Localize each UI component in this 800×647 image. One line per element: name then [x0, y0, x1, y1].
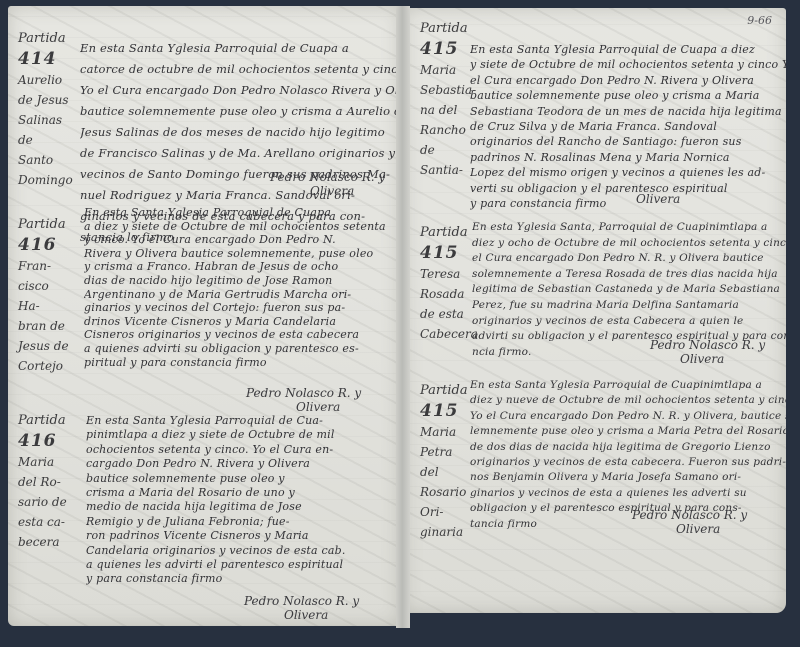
baptized-name-line: bran de — [18, 316, 70, 336]
baptized-name-line: Cortejo — [18, 356, 70, 376]
entry-line: piritual y para constancia firmo — [84, 356, 386, 370]
baptized-name-line: de Jesus — [18, 90, 70, 110]
baptized-name-line: Aurelio — [18, 70, 70, 90]
partida-label: Partida — [18, 28, 70, 49]
signature-line: Olivera — [636, 192, 680, 206]
baptized-name-line: de Santia- — [420, 140, 472, 180]
signature-line: Pedro Nolasco R. y — [650, 338, 765, 352]
partida-number: 415 — [420, 39, 472, 60]
partida-label: Partida — [420, 18, 472, 39]
entry-line: En esta Santa Yglesia Parroquial de Cuap… — [84, 206, 386, 220]
entry-line: de Francisco Salinas y de Ma. Arellano o… — [80, 143, 400, 164]
baptized-name-line: na del — [420, 100, 472, 120]
signature-line: Olivera — [650, 352, 765, 366]
entry-line: Jesus Salinas de dos meses de nacido hij… — [80, 122, 400, 143]
entry-line: bautice solemnemente puse oleo y crisma … — [80, 101, 400, 122]
baptized-name-line: Jesus de — [18, 336, 70, 356]
margin-note-entry-4: Partida 415 Maria Sebastia- na del Ranch… — [420, 18, 472, 180]
entry-line: diez y ocho de Octubre de mil ochociento… — [472, 236, 786, 252]
baptized-name-line: Rosario — [420, 482, 472, 502]
entry-line: crisma a Maria del Rosario de uno y — [86, 486, 346, 500]
baptized-name-line: Rancho — [420, 120, 472, 140]
signature-line: Olivera — [244, 608, 359, 622]
entry-line: Sebastiana Teodora de un mes de nacida h… — [470, 104, 786, 119]
baptized-name-line: Maria — [420, 422, 472, 442]
entry-line: drinos Vicente Cisneros y Maria Candelar… — [84, 315, 386, 329]
partida-label: Partida — [18, 410, 70, 431]
entry-line: Cisneros originarios y vecinos de esta c… — [84, 328, 386, 342]
entry-text-2: En esta Santa Yglesia Parroquial de Cuap… — [84, 206, 386, 369]
entry-line: solemnemente a Teresa Rosada de tres dia… — [472, 267, 786, 283]
entry-line: nos Benjamin Olivera y Maria Josefa Sama… — [470, 470, 786, 485]
baptized-name-line: Maria — [420, 60, 472, 80]
book-gutter — [396, 6, 410, 628]
baptized-name-line: cisco Ha- — [18, 276, 70, 316]
entry-line: ginarios y vecinos de esta a quienes les… — [470, 486, 786, 501]
priest-signature-1: Pedro Nolasco R. y Olivera — [270, 170, 385, 198]
entry-line: originarios y vecinos de esta cabecera. … — [470, 455, 786, 470]
entry-line: y siete de Octubre de mil ochocientos se… — [470, 57, 786, 72]
margin-note-entry-3: Partida 416 Maria del Ro- sario de esta … — [18, 410, 70, 552]
baptized-name-line: Ori- — [420, 502, 472, 522]
entry-line: ochocientos setenta y cinco. Yo el Cura … — [86, 443, 346, 457]
margin-note-entry-5: Partida 415 Teresa Rosada de esta Cabece… — [420, 222, 472, 344]
entry-line: dias de nacido hijo legitimo de Jose Ram… — [84, 274, 386, 288]
baptized-name-line: de Santo — [18, 130, 70, 170]
entry-line: Argentinano y de Maria Gertrudis Marcha … — [84, 288, 386, 302]
partida-number: 415 — [420, 243, 472, 264]
folio-number: 9-66 — [747, 14, 772, 27]
entry-line: padrinos N. Rosalinas Mena y Maria Norni… — [470, 150, 786, 165]
entry-line: Candelaria originarios y vecinos de esta… — [86, 544, 346, 558]
priest-signature-3: Pedro Nolasco R. y Olivera — [244, 594, 359, 622]
entry-line: Rivera y Olivera bautice solemnemente, p… — [84, 247, 386, 261]
baptized-name-line: del Ro- — [18, 472, 70, 492]
signature-line: Pedro Nolasco R. y — [244, 594, 359, 608]
entry-line: y para constancia firmo — [470, 196, 786, 211]
baptized-name-line: Fran- — [18, 256, 70, 276]
priest-signature-4: Olivera — [636, 192, 680, 206]
signature-line: Olivera — [270, 184, 385, 198]
margin-note-entry-6: Partida 415 Maria Petra del Rosario Ori-… — [420, 380, 472, 542]
signature-line: Pedro Nolasco R. y — [270, 170, 385, 184]
priest-signature-2: Pedro Nolasco R. y Olivera — [246, 386, 361, 414]
entry-line: En esta Yglesia Santa, Parroquial de Cua… — [472, 220, 786, 236]
entry-line: a quienes advirti su obligacion y parent… — [84, 342, 386, 356]
entry-line: Perez, fue su madrina Maria Delfina Sant… — [472, 298, 786, 314]
entry-line: a diez y siete de Octubre de mil ochocie… — [84, 220, 386, 234]
baptized-name-line: Sebastia- — [420, 80, 472, 100]
entry-line: Lopez del mismo origen y vecinos a quien… — [470, 165, 786, 180]
margin-note-entry-1: Partida 414 Aurelio de Jesus Salinas de … — [18, 28, 70, 190]
baptized-name-line: Domingo — [18, 170, 70, 190]
entry-text-3: En esta Santa Yglesia Parroquial de Cua-… — [86, 414, 346, 587]
partida-number: 416 — [18, 235, 70, 256]
entry-line: bautice solemnemente puse oleo y — [86, 472, 346, 486]
entry-line: legitima de Sebastian Castaneda y de Mar… — [472, 282, 786, 298]
entry-line: y crisma a Franco. Habran de Jesus de oc… — [84, 260, 386, 274]
entry-line: Yo el Cura encargado Don Pedro Nolasco R… — [80, 80, 400, 101]
right-register-page: 9-66 Partida 415 Maria Sebastia- na del … — [404, 8, 786, 613]
partida-number: 414 — [18, 49, 70, 70]
entry-line: a quienes les advirti el parentesco espi… — [86, 558, 346, 572]
entry-line: medio de nacida hija legitima de Jose — [86, 500, 346, 514]
entry-line: catorce de octubre de mil ochocientos se… — [80, 59, 400, 80]
baptized-name-line: Petra del — [420, 442, 472, 482]
entry-line: y para constancia firmo — [86, 572, 346, 586]
partida-number: 415 — [420, 401, 472, 422]
partida-label: Partida — [420, 222, 472, 243]
entry-line: de dos dias de nacida hija legitima de G… — [470, 440, 786, 455]
priest-signature-6: Pedro Nolasco R. y Olivera — [632, 508, 747, 536]
baptized-name-line: sario de — [18, 492, 70, 512]
entry-line: y cinco. Yo el Cura encargado Don Pedro … — [84, 233, 386, 247]
signature-line: Olivera — [246, 400, 361, 414]
margin-note-entry-2: Partida 416 Fran- cisco Ha- bran de Jesu… — [18, 214, 70, 376]
entry-line: verti su obligacion y el parentesco espi… — [470, 181, 786, 196]
entry-line: originarios y vecinos de esta Cabecera a… — [472, 314, 786, 330]
entry-line: Yo el Cura encargado Don Pedro N. R. y O… — [470, 409, 786, 424]
entry-line: En esta Santa Yglesia Parroquial de Cua- — [86, 414, 346, 428]
signature-line: Pedro Nolasco R. y — [246, 386, 361, 400]
entry-line: En esta Santa Yglesia Parroquial de Cuap… — [80, 38, 400, 59]
baptized-name-line: esta ca- — [18, 512, 70, 532]
baptized-name-line: Rosada — [420, 284, 472, 304]
entry-line: el Cura encargado Don Pedro N. R. y Oliv… — [472, 251, 786, 267]
entry-line: ron padrinos Vicente Cisneros y Maria — [86, 529, 346, 543]
entry-line: ginarios y vecinos del Cortejo: fueron s… — [84, 301, 386, 315]
partida-label: Partida — [420, 380, 472, 401]
entry-line: En esta Santa Yglesia Parroquial de Cuap… — [470, 42, 786, 57]
priest-signature-5: Pedro Nolasco R. y Olivera — [650, 338, 765, 366]
entry-line: En esta Santa Yglesia Parroquial de Cuap… — [470, 378, 786, 393]
signature-line: Pedro Nolasco R. y — [632, 508, 747, 522]
entry-line: lemnemente puse oleo y crisma a Maria Pe… — [470, 424, 786, 439]
entry-line: originarios del Rancho de Santiago: fuer… — [470, 134, 786, 149]
baptized-name-line: ginaria — [420, 522, 472, 542]
left-register-page: Partida 414 Aurelio de Jesus Salinas de … — [8, 6, 400, 626]
entry-line: cargado Don Pedro N. Rivera y Olivera — [86, 457, 346, 471]
partida-label: Partida — [18, 214, 70, 235]
baptized-name-line: Salinas — [18, 110, 70, 130]
signature-line: Olivera — [632, 522, 747, 536]
entry-line: Remigio y de Juliana Febronia; fue- — [86, 515, 346, 529]
partida-number: 416 — [18, 431, 70, 452]
entry-text-4: En esta Santa Yglesia Parroquial de Cuap… — [470, 42, 786, 211]
baptized-name-line: becera — [18, 532, 70, 552]
entry-line: pinimtlapa a diez y siete de Octubre de … — [86, 428, 346, 442]
entry-line: de Cruz Silva y de Maria Franca. Sandova… — [470, 119, 786, 134]
baptized-name-line: de esta — [420, 304, 472, 324]
baptized-name-line: Cabecera — [420, 324, 472, 344]
entry-line: bautice solemnemente puse oleo y crisma … — [470, 88, 786, 103]
entry-line: el Cura encargado Don Pedro N. Rivera y … — [470, 73, 786, 88]
entry-line: diez y nueve de Octubre de mil ochocient… — [470, 393, 786, 408]
baptized-name-line: Teresa — [420, 264, 472, 284]
baptized-name-line: Maria — [18, 452, 70, 472]
